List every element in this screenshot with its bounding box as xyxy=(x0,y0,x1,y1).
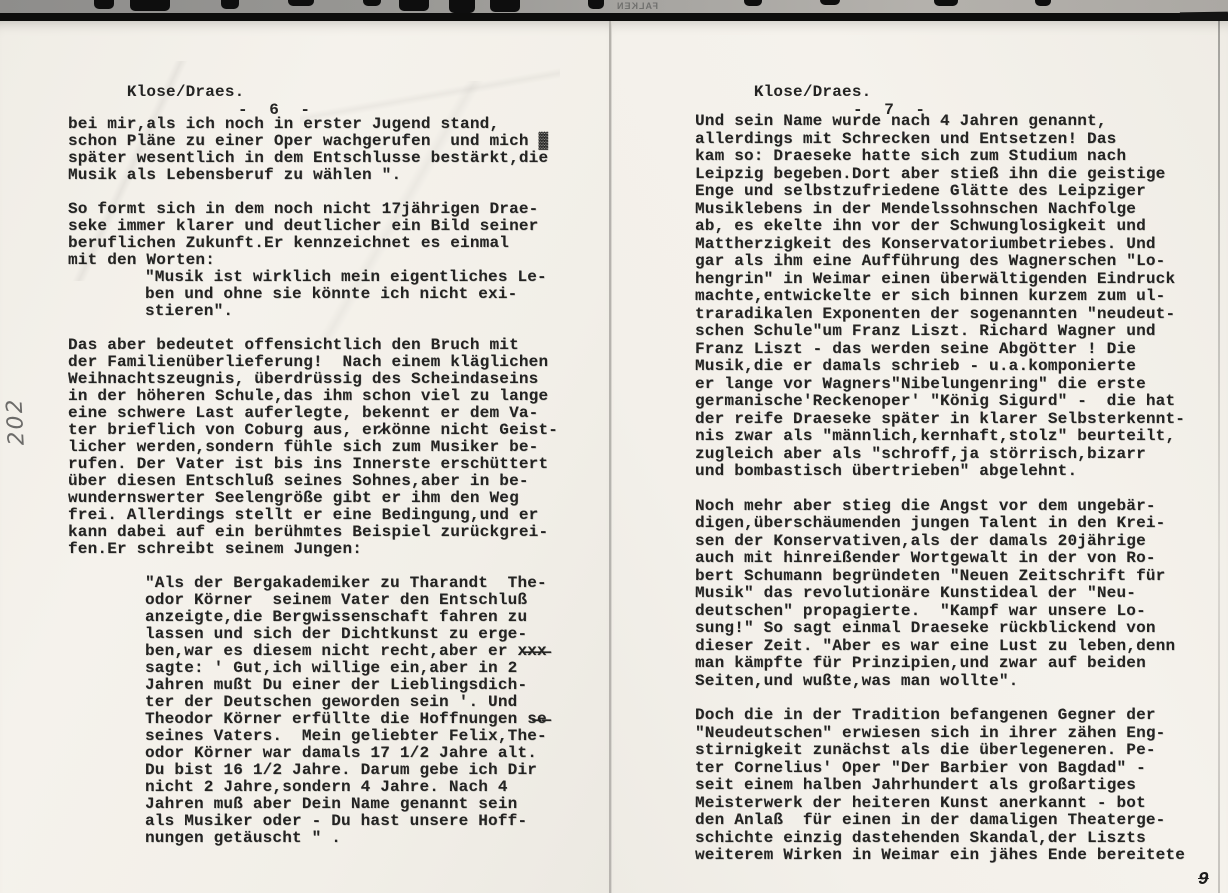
text-line: beruflichen Zukunft.Er kennzeichnet es e… xyxy=(68,235,558,252)
text-line: mit den Worten: xyxy=(68,252,558,269)
text-line: Jahren muß aber Dein Name genannt sein xyxy=(145,796,558,813)
scan-artifact-blob xyxy=(221,0,239,9)
scan-artifact-blob xyxy=(399,0,429,11)
text-line: Meisterwerk der heiteren Kunst anerkannt… xyxy=(695,795,1185,813)
text-line: ter Cornelius' Oper "Der Barbier von Bag… xyxy=(695,760,1185,778)
text-line: seit einem halben Jahrhundert als großar… xyxy=(695,777,1185,795)
scan-artifact-blob xyxy=(288,0,314,6)
text-line: nis zwar als "männlich,kernhaft,stolz" b… xyxy=(695,428,1185,446)
text-line: sagte: ' Gut,ich willige ein,aber in 2 xyxy=(145,660,558,677)
text-line: rufen. Der Vater ist bis ins Innerste er… xyxy=(68,456,558,473)
text-line: Musik" das revolutionäre Kunstideal der … xyxy=(695,585,1185,603)
text-line: er lange vor Wagners"Nibelungenring" die… xyxy=(695,376,1185,394)
paragraph-block: So formt sich in dem noch nicht 17jährig… xyxy=(68,201,558,269)
scan-artifact-blob xyxy=(820,0,840,5)
text-line: ab, es ekelte ihn vor der Schwunglosigke… xyxy=(695,218,1185,236)
scan-artifact-blob xyxy=(744,0,762,6)
text-line: Das aber bedeutet offensichtlich den Bru… xyxy=(68,337,558,354)
page-title: Klose/Draes. xyxy=(127,83,245,101)
paragraph-block: Doch die in der Tradition befangenen Geg… xyxy=(695,707,1185,865)
text-line: hengrin" in Weimar einen überwältigenden… xyxy=(695,271,1185,289)
scan-artifact-blob xyxy=(934,0,958,6)
scan-artifact-blob xyxy=(588,0,604,9)
scan-artifact-blob xyxy=(94,0,114,9)
text-line: "Musik ist wirklich mein eigentliches Le… xyxy=(145,269,558,286)
text-line: über diesen Entschluß seines Sohnes,aber… xyxy=(68,473,558,490)
scan-artifact-rule xyxy=(0,13,1228,21)
text-line: Weihnachtszeugnis, überdrüssig des Schei… xyxy=(68,371,558,388)
text-line: allerdings mit Schrecken und Entsetzen! … xyxy=(695,131,1185,149)
text-line: und bombastisch übertrieben" abgelehnt. xyxy=(695,463,1185,481)
text-line: digen,überschäumenden jungen Talent in d… xyxy=(695,515,1185,533)
text-line: Franz Liszt - das werden seine Abgötter … xyxy=(695,341,1185,359)
text-line: kam so: Draeseke hatte sich zum Studium … xyxy=(695,148,1185,166)
page-title: Klose/Draes. xyxy=(754,83,872,101)
text-line: Musiklebens in der Mendelssohnschen Nach… xyxy=(695,201,1185,219)
text-line: stieren". xyxy=(145,303,558,320)
scan-artifact-blob xyxy=(449,0,475,13)
text-line: schen Schule"um Franz Liszt. Richard Wag… xyxy=(695,323,1185,341)
text-line: den Anlaß für einen in der damaligen The… xyxy=(695,812,1185,830)
page-6: Klose/Draes. - 6 - bei mir,als ich noch … xyxy=(0,21,611,893)
scan-artifact-blob xyxy=(1035,0,1051,6)
paragraph-block: Noch mehr aber stieg die Angst vor dem u… xyxy=(695,498,1185,691)
text-line: nicht 2 Jahre,sondern 4 Jahre. Nach 4 xyxy=(145,779,558,796)
text-line: Seiten,und wußte,was man wollte". xyxy=(695,673,1185,691)
scan-artifact-endmark: 9 xyxy=(1198,870,1209,890)
text-line: sen der Konservativen,als der damals 20j… xyxy=(695,533,1185,551)
scanned-document: FALKEN Klose/Draes. - 6 - bei mir,als ic… xyxy=(0,0,1228,893)
text-line: kann dabei auf ein berühmtes Beispiel zu… xyxy=(68,524,558,541)
mirrored-stamp-text: FALKEN xyxy=(616,1,658,11)
text-line: machte,entwickelte er sich binnen kurzem… xyxy=(695,288,1185,306)
text-line: "Als der Bergakademiker zu Tharandt The- xyxy=(145,575,558,592)
text-line: Enge und selbstzufriedene Glätte des Lei… xyxy=(695,183,1185,201)
text-line: bei mir,als ich noch in erster Jugend st… xyxy=(68,116,558,133)
text-line: sung!" So sagt einmal Draeseke rückblick… xyxy=(695,620,1185,638)
text-line: bert Schumann begründeten "Neuen Zeitsch… xyxy=(695,568,1185,586)
text-line: gar als ihm eine Aufführung des Wagnersc… xyxy=(695,253,1185,271)
page-7: Klose/Draes. - 7 - Und sein Name wurde n… xyxy=(612,21,1228,893)
text-line: in der höheren Schule,das ihm schon viel… xyxy=(68,388,558,405)
text-line: der Familienüberlieferung! Nach einem kl… xyxy=(68,354,558,371)
text-line: ben,war es diesem nicht recht,aber er x̶… xyxy=(145,643,558,660)
text-line: als Musiker oder - Du hast unsere Hoff- xyxy=(145,813,558,830)
text-line: später wesentlich in dem Entschlusse bes… xyxy=(68,150,558,167)
paragraph-block: bei mir,als ich noch in erster Jugend st… xyxy=(68,116,558,184)
text-line: traradikalen Exponenten der sogenannten … xyxy=(695,306,1185,324)
text-line: deutschen" propagierte. "Kampf war unser… xyxy=(695,603,1185,621)
text-line: der reife Draeseke später in klarer Selb… xyxy=(695,411,1185,429)
text-line: schon Pläne zu einer Oper wachgerufen un… xyxy=(68,133,558,150)
text-line: Mattherzigkeit des Konservatoriumbetrieb… xyxy=(695,236,1185,254)
text-line: anzeigte,die Bergwissenschaft fahren zu xyxy=(145,609,558,626)
text-line: fen.Er schreibt seinem Jungen: xyxy=(68,541,558,558)
text-line: schichte einzig dastehenden Skandal,der … xyxy=(695,830,1185,848)
paragraph-block: Und sein Name wurde nach 4 Jahren genann… xyxy=(695,113,1185,481)
text-line: Jahren mußt Du einer der Lieblingsdich- xyxy=(145,677,558,694)
text-line: odor Körner war damals 17 1/2 Jahre alt. xyxy=(145,745,558,762)
quote-block: "Musik ist wirklich mein eigentliches Le… xyxy=(145,269,558,320)
text-line: Musik als Lebensberuf zu wählen ". xyxy=(68,167,558,184)
scan-artifact-topband: FALKEN xyxy=(0,0,1228,14)
text-line: frei. Allerdings stellt er eine Bedingun… xyxy=(68,507,558,524)
text-line: germanische'Reckenoper' "König Sigurd" -… xyxy=(695,393,1185,411)
text-line: wundernswerter Seelengröße gibt er ihm d… xyxy=(68,490,558,507)
text-line: lassen und sich der Dichtkunst zu erge- xyxy=(145,626,558,643)
text-line: ter brieflich von Coburg aus, er̷könne n… xyxy=(68,422,558,439)
text-line: odor Körner seinem Vater den Entschluß xyxy=(145,592,558,609)
text-line: auch mit hinreißender Wortgewalt in der … xyxy=(695,550,1185,568)
paragraph-block: Das aber bedeutet offensichtlich den Bru… xyxy=(68,337,558,558)
text-line: licher werden,sondern fühle sich zum Mus… xyxy=(68,439,558,456)
text-line: Doch die in der Tradition befangenen Geg… xyxy=(695,707,1185,725)
scan-artifact-blob xyxy=(490,0,520,12)
page-edge-line xyxy=(1218,21,1220,893)
quote-block: "Als der Bergakademiker zu Tharandt The-… xyxy=(145,575,558,847)
text-line: Und sein Name wurde nach 4 Jahren genann… xyxy=(695,113,1185,131)
page-6-body: bei mir,als ich noch in erster Jugend st… xyxy=(68,116,558,847)
text-line: Leipzig begeben.Dort aber stieß ihn die … xyxy=(695,166,1185,184)
text-line: zugleich aber als "schroff,ja störrisch,… xyxy=(695,446,1185,464)
text-line: ben und ohne sie könnte ich nicht exi- xyxy=(145,286,558,303)
scan-artifact-blob xyxy=(363,0,381,6)
text-line: Musik,die er damals schrieb - u.a.kompon… xyxy=(695,358,1185,376)
text-line: Noch mehr aber stieg die Angst vor dem u… xyxy=(695,498,1185,516)
text-line: seines Vaters. Mein geliebter Felix,The- xyxy=(145,728,558,745)
handwritten-note: 202 xyxy=(2,397,29,446)
text-line: Theodor Körner erfüllte die Hoffnungen s… xyxy=(145,711,558,728)
text-line: dieser Zeit. "Aber es war eine Lust zu l… xyxy=(695,638,1185,656)
page-7-body: Und sein Name wurde nach 4 Jahren genann… xyxy=(695,113,1185,865)
text-line: seke immer klarer und deutlicher ein Bil… xyxy=(68,218,558,235)
text-line: weiterem Wirken in Weimar ein jähes Ende… xyxy=(695,847,1185,865)
text-line: eine schwere Last auferlegte, bekennt er… xyxy=(68,405,558,422)
scan-artifact-blob xyxy=(130,0,170,11)
text-line: Du bist 16 1/2 Jahre. Darum gebe ich Dir xyxy=(145,762,558,779)
text-line: nungen getäuscht " . xyxy=(145,830,558,847)
text-line: ter der Deutschen geworden sein '. Und xyxy=(145,694,558,711)
text-line: stirnigkeit zunächst als die überlegener… xyxy=(695,742,1185,760)
text-line: So formt sich in dem noch nicht 17jährig… xyxy=(68,201,558,218)
text-line: "Neudeutschen" erwiesen sich in ihrer zä… xyxy=(695,725,1185,743)
text-line: man kämpfte für Prinzipien,und zwar auf … xyxy=(695,655,1185,673)
